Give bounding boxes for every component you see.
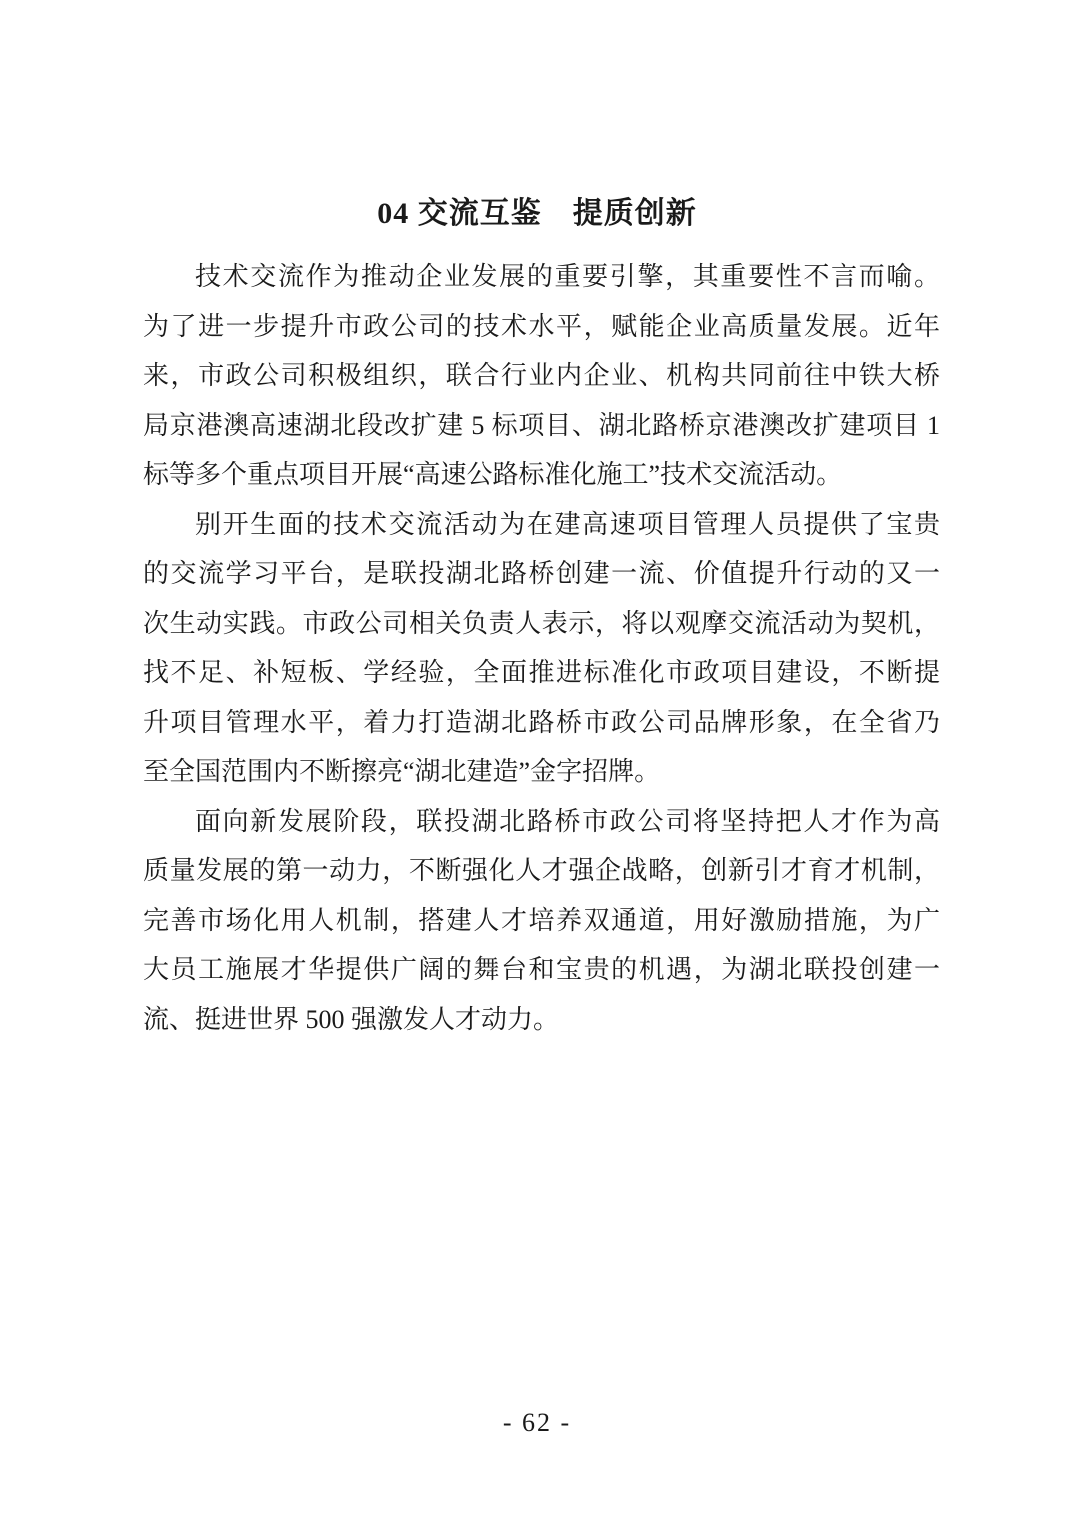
paragraph-1-line-3: 来，市政公司积极组织，联合行业内企业、机构共同前往中铁大桥 (143, 351, 940, 401)
paragraph-2-line-4: 找不足、补短板、学经验，全面推进标准化市政项目建设，不断提 (143, 648, 940, 698)
paragraph-3-line-2: 质量发展的第一动力，不断强化人才强企战略，创新引才育才机制， (143, 846, 940, 896)
paragraph-2-line-5: 升项目管理水平，着力打造湖北路桥市政公司品牌形象，在全省乃 (143, 698, 940, 748)
paragraph-3-line-3: 完善市场化用人机制，搭建人才培养双通道，用好激励措施，为广 (143, 896, 940, 946)
page-footer: - 62 - (0, 1406, 1074, 1440)
paragraph-3-line-5: 流、挺进世界 500 强激发人才动力。 (143, 995, 940, 1045)
paragraph-2-line-1: 别开生面的技术交流活动为在建高速项目管理人员提供了宝贵 (143, 500, 940, 550)
paragraph-1-line-1: 技术交流作为推动企业发展的重要引擎，其重要性不言而喻。 (143, 252, 940, 302)
paragraph-2-line-3: 次生动实践。市政公司相关负责人表示，将以观摩交流活动为契机， (143, 599, 940, 649)
paragraph-1-line-2: 为了进一步提升市政公司的技术水平，赋能企业高质量发展。近年 (143, 302, 940, 352)
paragraph-1-line-5: 标等多个重点项目开展“高速公路标准化施工”技术交流活动。 (143, 450, 940, 500)
paragraph-2-line-2: 的交流学习平台，是联投湖北路桥创建一流、价值提升行动的又一 (143, 549, 940, 599)
paragraph-2-line-6: 至全国范围内不断擦亮“湖北建造”金字招牌。 (143, 747, 940, 797)
page-number: - 62 - (503, 1408, 571, 1437)
paragraph-3-line-4: 大员工施展才华提供广阔的舞台和宝贵的机遇，为湖北联投创建一 (143, 945, 940, 995)
paragraph-3-line-1: 面向新发展阶段，联投湖北路桥市政公司将坚持把人才作为高 (143, 797, 940, 847)
paragraph-1-line-4: 局京港澳高速湖北段改扩建 5 标项目、湖北路桥京港澳改扩建项目 1 (143, 401, 940, 451)
page-title: 04 交流互鉴 提质创新 (0, 192, 1074, 236)
document-body: 技术交流作为推动企业发展的重要引擎，其重要性不言而喻。 为了进一步提升市政公司的… (143, 252, 940, 1044)
document-page: 04 交流互鉴 提质创新 技术交流作为推动企业发展的重要引擎，其重要性不言而喻。… (0, 0, 1074, 1520)
